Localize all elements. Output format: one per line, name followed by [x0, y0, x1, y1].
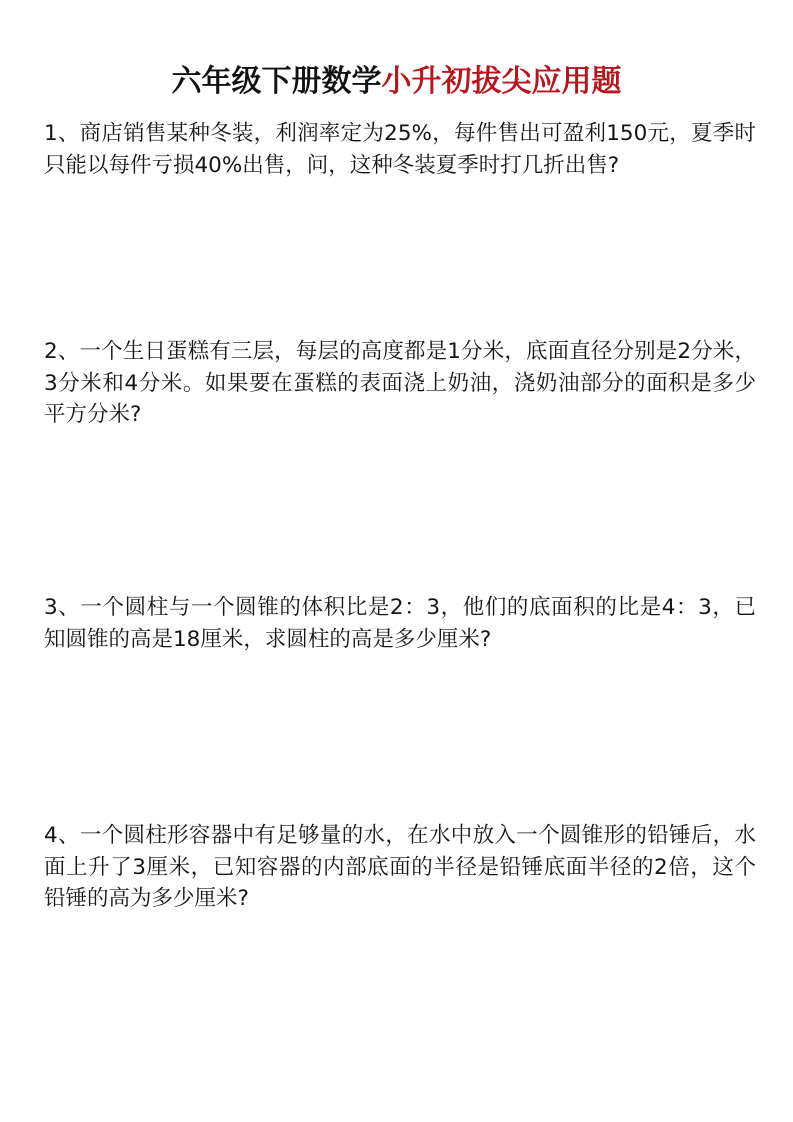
page-title: 六年级下册数学小升初拔尖应用题: [0, 60, 793, 104]
title-topic: 小升初拔尖应用题: [382, 64, 622, 99]
title-grade-subject: 六年级下册数学: [172, 64, 382, 99]
question-2: 2、一个生日蛋糕有三层，每层的高度都是1分米，底面直径分别是2分米，3分米和4分…: [44, 336, 756, 431]
question-4: 4、一个圆柱形容器中有足够量的水，在水中放入一个圆锥形的铅锤后，水面上升了3厘米…: [44, 820, 756, 915]
question-3: 3、一个圆柱与一个圆锥的体积比是2：3，他们的底面积的比是4：3，已知圆锥的高是…: [44, 592, 756, 655]
question-1: 1、商店销售某种冬装，利润率定为25%，每件售出可盈利150元，夏季时只能以每件…: [44, 118, 756, 181]
